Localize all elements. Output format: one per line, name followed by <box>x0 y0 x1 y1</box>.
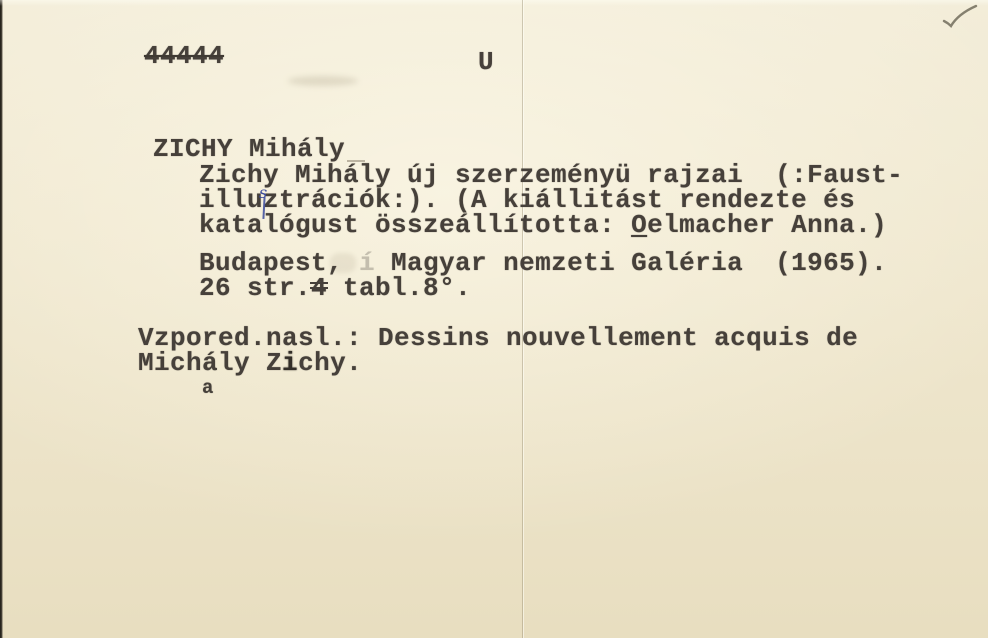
card-crease-highlight <box>523 0 524 638</box>
pencil-checkmark-icon <box>938 2 982 32</box>
overstruck-i: i <box>282 348 298 378</box>
note2-pre: Mich <box>138 348 202 378</box>
scan-left-edge <box>0 0 3 638</box>
note2-post: chy. <box>298 348 362 378</box>
overtyped-subscript-a: a <box>202 376 213 401</box>
note2-accented-a: á <box>202 348 218 378</box>
collation-pre: 26 str. <box>199 273 311 303</box>
catalog-card-scan: 44444 U ZICHY Mihály Zichy Mihály új sze… <box>0 0 988 638</box>
paper-smudge <box>288 76 358 86</box>
section-letter: U <box>478 50 494 75</box>
collation-post: tabl.8°. <box>327 273 471 303</box>
parallel-title-note-line-2: Micháaly Zichy. <box>138 351 362 376</box>
heading-author: ZICHY Mihály <box>153 137 345 162</box>
title-line-3: katalógust összeállította: Oelmacher Ann… <box>199 213 887 238</box>
collation-line: 26 str.4 tabl.8°. <box>199 276 471 301</box>
title-line-3-post: elmacher Anna.) <box>647 210 887 240</box>
note2-mid: ly Z <box>218 348 282 378</box>
scan-top-highlight <box>0 0 988 6</box>
overstruck-digit: 4 <box>311 273 327 303</box>
underlined-letter: O <box>631 210 647 240</box>
title-line-3-pre: katalógust összeállította: <box>199 210 631 240</box>
call-number-struck: 44444 <box>144 44 224 69</box>
